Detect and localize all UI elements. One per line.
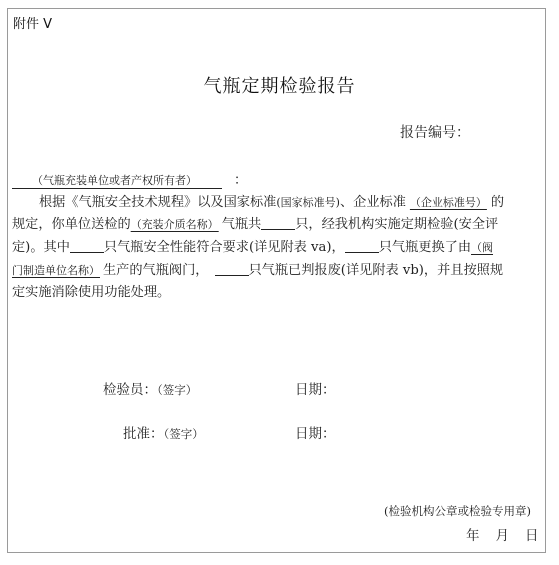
line3-mid1: 只气瓶安全性能符合要求(详见附表 va)， (104, 240, 345, 255)
inspector-label: 检验员： (103, 382, 157, 398)
report-number-label: 报告编号： (400, 122, 470, 142)
valve-replaced-count-blank (345, 239, 379, 253)
addressee-placeholder: （气瓶充装单位或者产权所有者） (12, 174, 197, 187)
page-title: 气瓶定期检验报告 (0, 72, 559, 98)
addressee-field: （气瓶充装单位或者产权所有者） (12, 172, 222, 189)
addressee-colon: ： (222, 173, 247, 188)
medium-name-placeholder: （充装介质名称） (131, 218, 222, 231)
paragraph-line-4: 门制造单位名称）生产的气瓶阀门，只气瓶已判报废(详见附表 vb)，并且按照规 (12, 259, 503, 278)
line2-mid: 气瓶共 (222, 217, 262, 232)
addressee-line: （气瓶充装单位或者产权所有者）： (12, 169, 247, 189)
line3-prefix: 定)。其中 (12, 240, 70, 255)
seal-note: (检验机构公章或检验专用章) (384, 503, 531, 519)
valve-maker-placeholder-end: 门制造单位名称） (12, 264, 103, 277)
approver-label: 批准： (123, 426, 164, 442)
line1-mid: 、企业标准 (340, 195, 406, 210)
line2-prefix: 规定，你单位送检的 (12, 217, 131, 232)
passed-count-blank (70, 239, 104, 253)
line1-prefix: 根据《气瓶安全技术规程》以及国家标准 (39, 195, 276, 210)
line3-mid2: 只气瓶更换了由 (379, 240, 471, 255)
date-year: 年 (466, 524, 480, 544)
line5-text: 定实施消除使用功能处理。 (12, 285, 170, 300)
inspector-signature-hint: （签字） (157, 383, 197, 397)
annex-label: 附件 V (13, 13, 52, 32)
paragraph-line-5: 定实施消除使用功能处理。 (12, 281, 170, 300)
line1-suffix: 的 (491, 195, 504, 210)
line2-suffix: 只，经我机构实施定期检验(安全评 (295, 217, 498, 232)
paragraph-line-3: 定)。其中只气瓶安全性能符合要求(详见附表 va)，只气瓶更换了由（阀 (12, 236, 493, 255)
scrapped-count-blank (215, 262, 249, 276)
total-count-blank (261, 216, 295, 230)
inspector-date: 日期： (295, 378, 336, 398)
approver-signature-hint: （签字） (164, 427, 204, 441)
paragraph-line-1: 根据《气瓶安全技术规程》以及国家标准(国家标准号)、企业标准（企业标准号）的 (39, 191, 504, 210)
issue-date: 年月日 (466, 524, 539, 544)
line4-suffix: 只气瓶已判报废(详见附表 vb)，并且按照规 (249, 263, 504, 278)
inspector-signature: 检验员：（签字） (103, 378, 197, 398)
enterprise-standard-placeholder: （企业标准号） (406, 196, 491, 209)
approver-signature: 批准：（签字） (123, 422, 204, 442)
date-month: 月 (496, 524, 510, 544)
paragraph-line-2: 规定，你单位送检的（充装介质名称）气瓶共只，经我机构实施定期检验(安全评 (12, 213, 498, 232)
date-day: 日 (525, 524, 539, 544)
line4-mid: 生产的气瓶阀门， (103, 263, 209, 278)
national-standard-placeholder: (国家标准号) (276, 196, 340, 209)
valve-maker-placeholder-start: （阀 (471, 241, 493, 254)
approver-date: 日期： (295, 422, 336, 442)
